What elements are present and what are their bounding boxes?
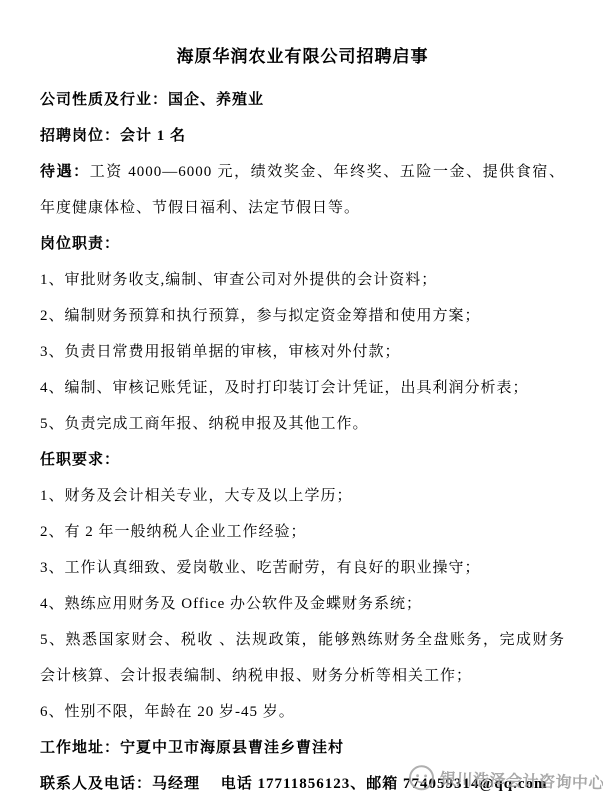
watermark: 银川浩泽会计咨询中心 xyxy=(408,763,603,795)
watermark-mascot-logo-icon xyxy=(408,763,436,791)
requirements-heading: 任职要求： xyxy=(40,442,565,478)
company-nature-line: 公司性质及行业：国企、养殖业 xyxy=(40,82,565,118)
duties-heading: 岗位职责： xyxy=(40,226,565,262)
duty-item: 5、负责完成工商年报、纳税申报及其他工作。 xyxy=(40,406,565,442)
position-line: 招聘岗位：会计 1 名 xyxy=(40,118,565,154)
duty-item: 4、编制、审核记账凭证，及时打印装订会计凭证，出具利润分析表； xyxy=(40,370,565,406)
requirement-item: 6、性别不限，年龄在 20 岁-45 岁。 xyxy=(40,694,565,730)
address-value: 宁夏中卫市海原县曹洼乡曹洼村 xyxy=(120,740,344,756)
watermark-text: 银川浩泽会计咨询中心 xyxy=(440,766,603,793)
benefits-label: 待遇： xyxy=(40,164,90,180)
address-line: 工作地址：宁夏中卫市海原县曹洼乡曹洼村 xyxy=(40,730,565,766)
company-nature-value: 国企、养殖业 xyxy=(168,92,264,108)
duty-item: 3、负责日常费用报销单据的审核，审核对外付款； xyxy=(40,334,565,370)
requirement-item: 2、有 2 年一般纳税人企业工作经验； xyxy=(40,514,565,550)
duty-item: 1、审批财务收支,编制、审查公司对外提供的会计资料； xyxy=(40,262,565,298)
contact-label: 联系人及电话： xyxy=(40,776,152,792)
document-page: 海原华润农业有限公司招聘启事 公司性质及行业：国企、养殖业 招聘岗位：会计 1 … xyxy=(0,0,603,807)
company-nature-label: 公司性质及行业： xyxy=(40,92,168,108)
requirement-item: 4、熟练应用财务及 Office 办公软件及金蝶财务系统； xyxy=(40,586,565,622)
benefits-value: 工资 4000—6000 元，绩效奖金、年终奖、五险一金、提供食宿、年度健康体检… xyxy=(40,164,565,216)
position-value: 会计 1 名 xyxy=(120,128,186,144)
page-title: 海原华润农业有限公司招聘启事 xyxy=(40,44,565,70)
address-label: 工作地址： xyxy=(40,740,120,756)
document-content: 海原华润农业有限公司招聘启事 公司性质及行业：国企、养殖业 招聘岗位：会计 1 … xyxy=(0,0,603,802)
requirement-item: 5、熟悉国家财会、税收 、法规政策，能够熟练财务全盘账务，完成财务会计核算、会计… xyxy=(40,622,565,694)
requirement-item: 1、财务及会计相关专业，大专及以上学历； xyxy=(40,478,565,514)
position-label: 招聘岗位： xyxy=(40,128,120,144)
benefits-line: 待遇：工资 4000—6000 元，绩效奖金、年终奖、五险一金、提供食宿、年度健… xyxy=(40,154,565,226)
requirement-item: 3、工作认真细致、爱岗敬业、吃苦耐劳，有良好的职业操守； xyxy=(40,550,565,586)
duty-item: 2、编制财务预算和执行预算，参与拟定资金筹措和使用方案； xyxy=(40,298,565,334)
